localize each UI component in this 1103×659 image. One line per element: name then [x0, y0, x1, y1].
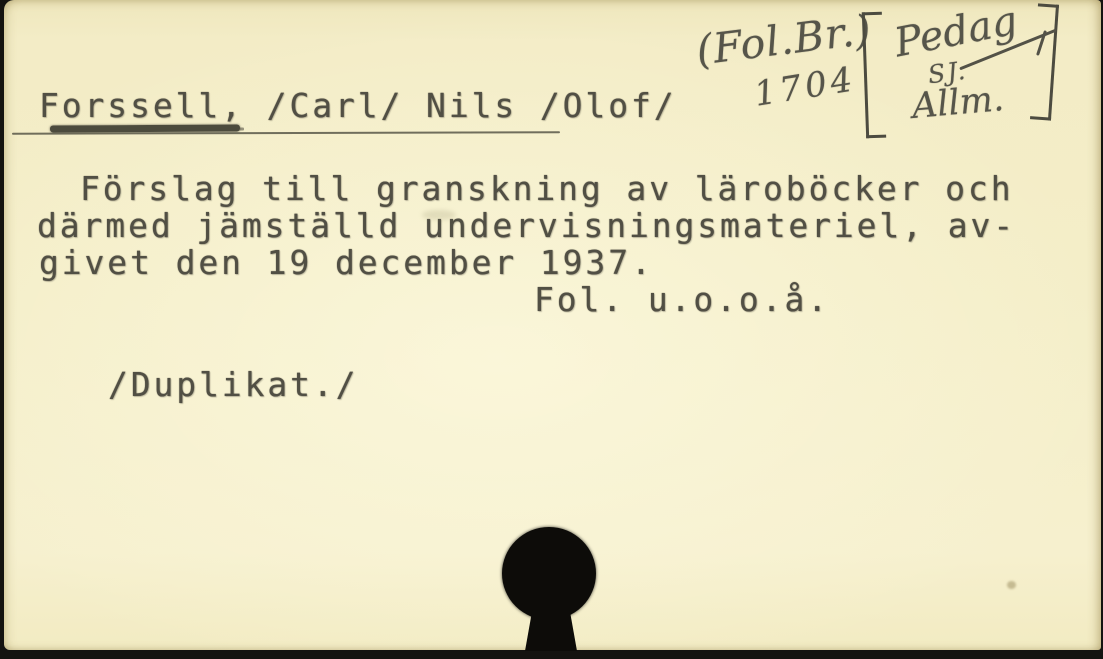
annotation-shelf-number: 1704	[752, 62, 859, 112]
punch-hole-stem	[525, 610, 577, 651]
catalog-card: Forssell, /Carl/ Nils /Olof/ (Fol.Br.) 1…	[4, 0, 1101, 650]
body-line-3: givet den 19 december 1937.	[39, 246, 654, 279]
ink-smudge	[422, 210, 456, 220]
scan-speck	[1007, 581, 1016, 589]
punch-hole	[502, 527, 596, 620]
classification-line-3: Allm.	[911, 82, 1006, 125]
classification-bracket-right	[1030, 3, 1059, 120]
classification-line-1: Pedag	[891, 1, 1020, 64]
body-line-1: Förslag till granskning av läroböcker oc…	[80, 172, 1013, 205]
scan-background: Forssell, /Carl/ Nils /Olof/ (Fol.Br.) 1…	[0, 0, 1103, 659]
duplicate-note: /Duplikat./	[108, 368, 358, 401]
heading-pencil-underline	[12, 131, 560, 134]
body-line-2: därmed jämställd undervisningsmateriel, …	[37, 209, 1016, 242]
format-line: Fol. u.o.o.å.	[534, 283, 830, 316]
classification-bracket-left	[862, 12, 886, 139]
heading-author-line: Forssell, /Carl/ Nils /Olof/	[39, 89, 677, 122]
